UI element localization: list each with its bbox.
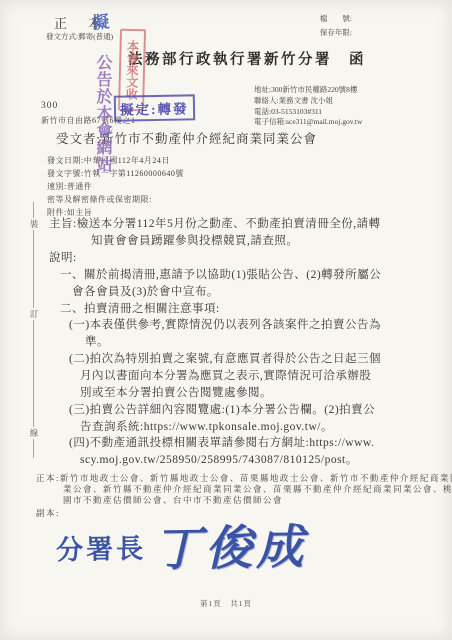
announcement-stamp: 公告於本會網站 (91, 54, 114, 182)
secrecy-level: 密等及解密條件或保密期限: (47, 194, 152, 205)
sender-contact-block: 地址:300新竹市民權路220號8樓 聯絡人:業務文書 沈小姐 電話:03-51… (254, 85, 362, 128)
body-line-sub2-cont2: 別或至本分署拍賣公告閱覽處參閱。 (80, 384, 272, 400)
signature-block: 分署長 丁俊成 (55, 510, 307, 581)
binding-line (33, 202, 34, 458)
binding-mark-xian: 線 (28, 427, 40, 439)
file-number-label: 檔 號: (320, 13, 352, 24)
body-line-sub3: (三)拍賣公告詳細內容閱覽處:(1)本分署公告欄。(2)拍賣公 (69, 401, 375, 417)
body-line-item2: 二、拍賣清冊之相關注意事項: (60, 300, 220, 316)
body-line-item1-cont: 會各會員及(3)於會中宣布。 (72, 283, 219, 299)
signer-name-stamp: 丁俊成 (153, 510, 307, 580)
body-line-subject-cont: 知貴會會員踴躍參與投標競買,請查照。 (91, 232, 298, 248)
action-stamp: 擬定:轉發 (114, 94, 195, 121)
body-line-sub2: (二)拍次為特別拍賣之案號,有意應買者得於公告之日起三個 (69, 350, 381, 366)
page-number: 第1頁 共1頁 (0, 598, 452, 609)
sender-phone: 電話:03-5153103#311 (254, 107, 362, 118)
body-line-explanation: 說明: (49, 249, 77, 265)
body-line-sub1: (一)本表僅供參考,實際情況仍以表列各該案件之拍賣公告為 (69, 316, 381, 332)
issue-number: 發文字號:竹執一字第11260000640號 (47, 168, 184, 179)
binding-mark-zhuang: 裝 (28, 218, 40, 230)
sender-email: 電子信箱:sce311@mail.moj.gov.tw (254, 117, 362, 128)
cc-original: 正本:新竹市地政士公會、新竹縣地政士公會、苗栗縣地政士公會、新竹市不動產仲介經紀… (36, 473, 452, 506)
recipient-zip: 300 (41, 101, 58, 111)
speed-class: 速別:普通件 (47, 181, 92, 192)
document-page: 正 本 擬 發文方式:郵寄(普通) 檔 號: 保存年限: 法務部行政執行署新竹分… (0, 0, 452, 640)
body-line-sub1-cont: 準。 (85, 333, 109, 349)
body-line-sub4-cont: scy.moj.gov.tw/258950/258995/743087/8101… (80, 451, 358, 467)
body-line-subject: 主旨:檢送本分署112年5月份之動產、不動產拍賣清冊全份,請轉 (49, 215, 381, 231)
sender-address: 地址:300新竹市民權路220號8樓 (254, 85, 362, 96)
body-line-sub2-cont: 月內以書面向本分署為應買之表示,實際情況可洽承辦股 (80, 367, 371, 383)
retention-period-label: 保存年限: (320, 27, 352, 38)
document-title: 法務部行政執行署新竹分署 函 (128, 48, 366, 69)
body-line-sub3-cont: 告查詢系統:https://www.tpkonsale.moj.gov.tw/。 (80, 418, 333, 434)
body-line-item1: 一、關於前揭清冊,惠請予以協助(1)張貼公告、(2)轉發所屬公 (60, 266, 381, 282)
sender-contact: 聯絡人:業務文書 沈小姐 (254, 96, 362, 107)
handwritten-annotation: 擬 (91, 7, 111, 34)
body-line-sub4: (四)不動產通訊投標相關表單請參閱右方網址:https://www. (69, 434, 374, 450)
binding-mark-ding: 訂 (28, 308, 40, 320)
signer-title: 分署長 (56, 527, 147, 568)
